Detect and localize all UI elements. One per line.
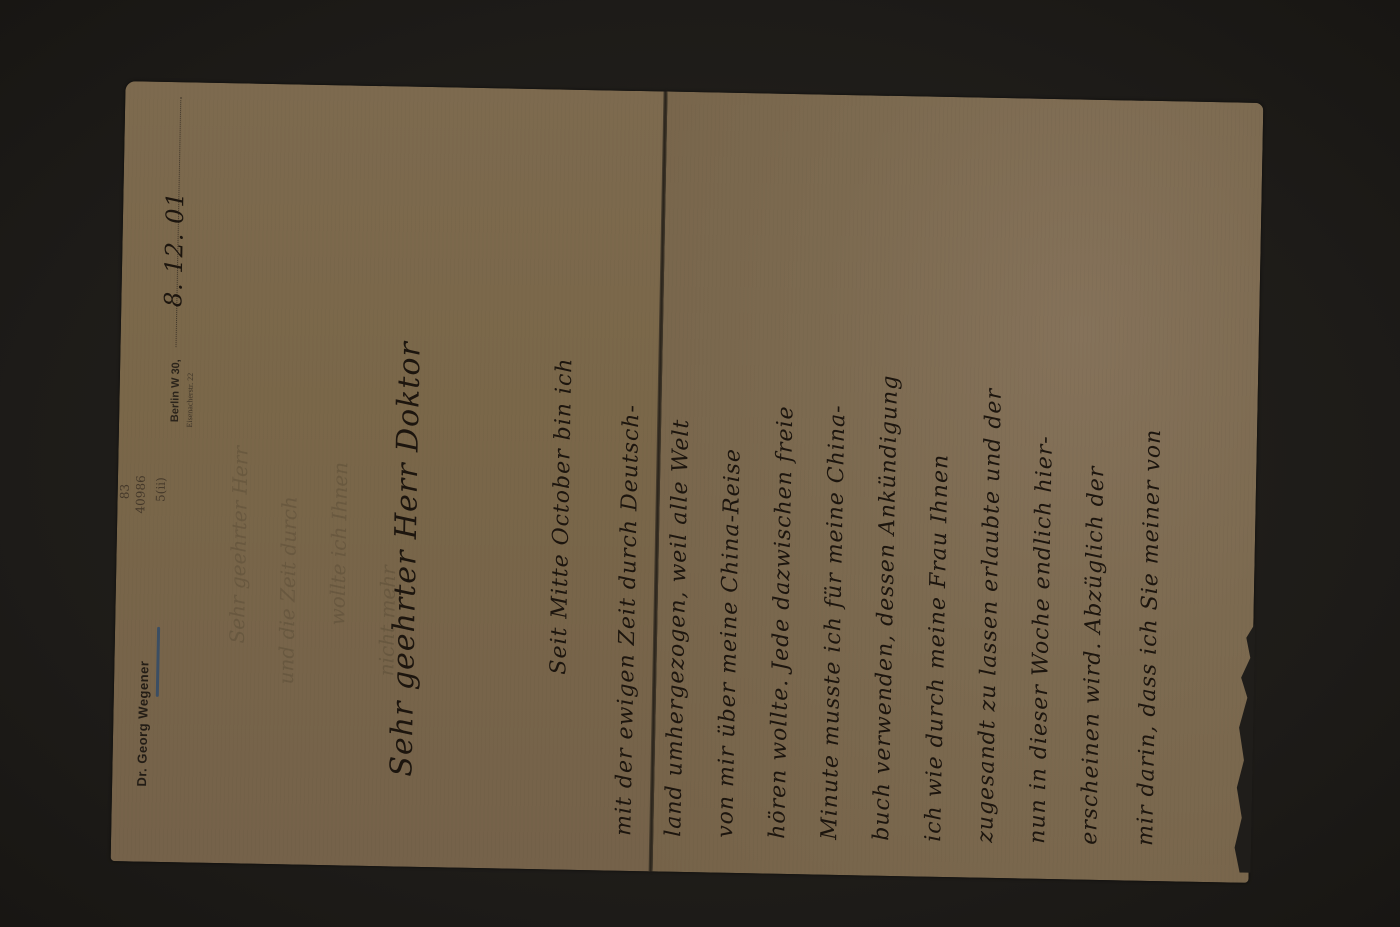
letterhead-city: Berlin W 30, bbox=[169, 359, 182, 422]
letter-left-half: Dr. Georg Wegener Berlin W 30, Eisenache… bbox=[111, 81, 666, 871]
letter-sheet: Dr. Georg Wegener Berlin W 30, Eisenache… bbox=[111, 81, 1264, 883]
letterhead-name: Dr. Georg Wegener bbox=[134, 660, 151, 786]
blue-pencil-underline bbox=[156, 627, 160, 697]
letterhead-street: Eisenacherstr. 22 bbox=[185, 373, 195, 428]
salutation: Sehr geehrter Herr Doktor bbox=[384, 341, 427, 777]
body-line-5: hören wollte. Jede dazwischen freie bbox=[765, 405, 798, 839]
body-line-4: von mir über meine China-Reise bbox=[713, 448, 745, 838]
pencil-note-folio: 5(ii) bbox=[154, 477, 168, 502]
body-line-9: zugesandt zu lassen erlaubte und der bbox=[973, 388, 1007, 843]
letter-date: 8. 12. 01 bbox=[159, 191, 189, 307]
body-line-3: land umhergezogen, weil alle Welt bbox=[661, 418, 694, 837]
body-line-7: buch verwenden, dessen Ankündigung bbox=[869, 374, 903, 841]
body-line-1: Seit Mitte October bin ich bbox=[546, 357, 577, 675]
body-line-2: mit der ewigen Zeit durch Deutsch- bbox=[611, 404, 644, 836]
body-line-10: nun in dieser Woche endlich hier- bbox=[1025, 435, 1058, 844]
body-line-8: ich wie durch meine Frau Ihnen bbox=[921, 454, 953, 842]
pencil-note-number: 40986 bbox=[133, 475, 148, 513]
letter-right-half: land umhergezogen, weil alle Welt von mi… bbox=[653, 92, 1264, 883]
body-line-12: mir darin, dass ich Sie meiner von bbox=[1133, 429, 1166, 847]
pencil-note-83: 83 bbox=[118, 484, 132, 500]
body-line-11: erscheinen wird. Abzüglich der bbox=[1077, 465, 1109, 845]
body-line-6: Minute musste ich für meine China- bbox=[817, 404, 850, 840]
